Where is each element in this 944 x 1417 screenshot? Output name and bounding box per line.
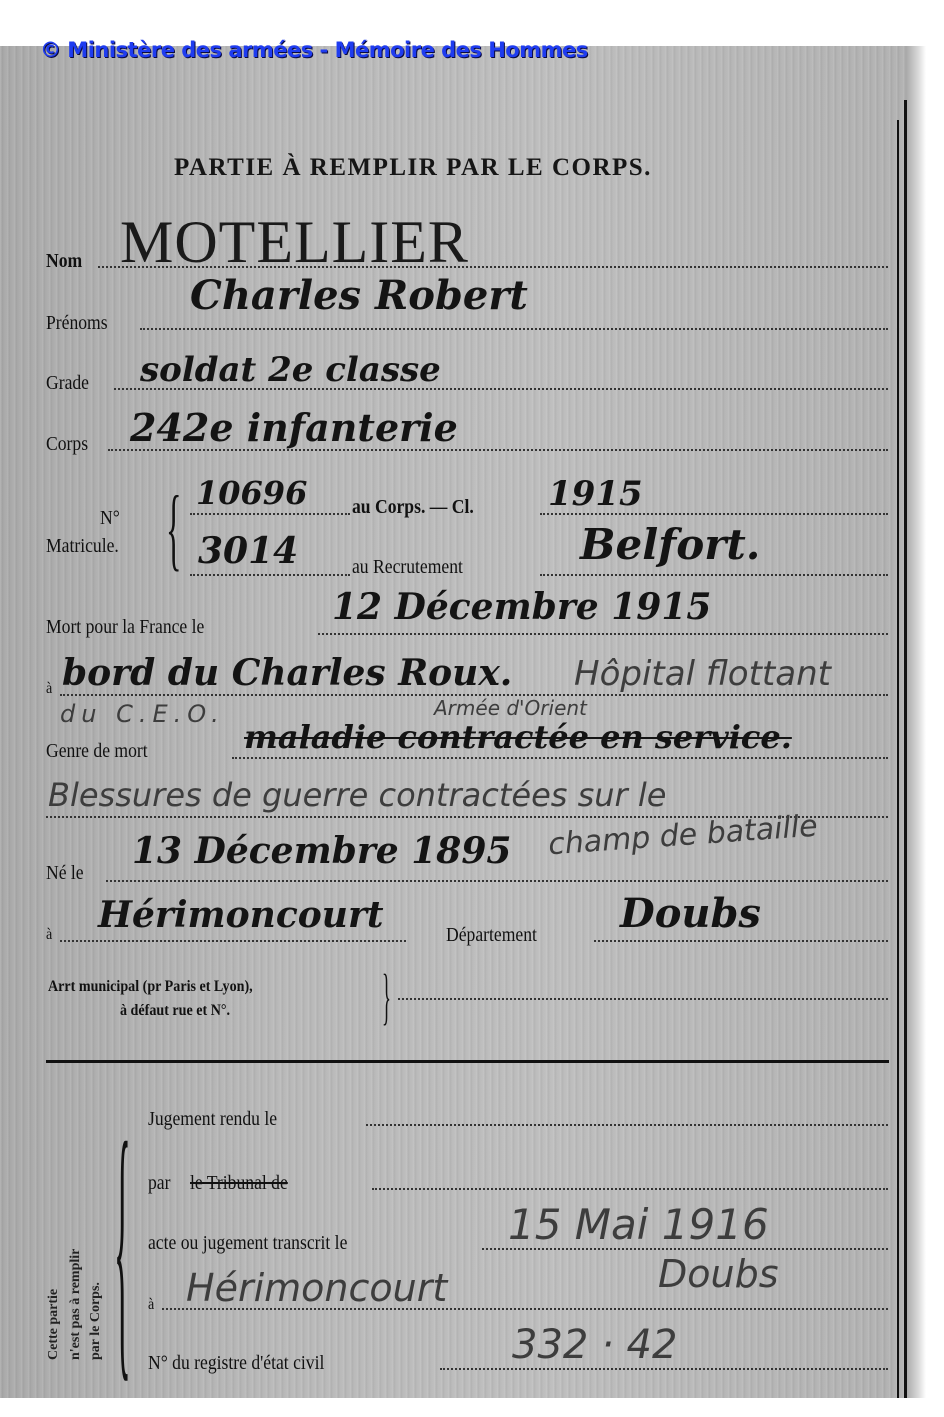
corps-value: 242e infanterie xyxy=(130,405,458,450)
transcrit-a-departement: Doubs xyxy=(658,1252,779,1296)
tribunal-label-prefix: par xyxy=(148,1172,170,1195)
mort-le-line xyxy=(318,633,888,635)
departement-line xyxy=(594,940,888,942)
registre-label: N° du registre d'état civil xyxy=(148,1352,324,1375)
classe-line xyxy=(540,513,888,515)
nom-value: MOTELLIER xyxy=(120,208,469,277)
ne-a-line xyxy=(60,940,406,942)
paper-edge xyxy=(906,46,926,1398)
prenoms-label: Prénoms xyxy=(46,312,108,335)
transcrit-le-value: 15 Mai 1916 xyxy=(508,1200,769,1249)
matricule-no-label: N° xyxy=(100,507,120,530)
mort-a-pencil-line2: du C.E.O. xyxy=(60,700,225,728)
tribunal-label-struck: le Tribunal de xyxy=(190,1172,288,1195)
right-border-line-inner xyxy=(897,120,899,1398)
prenoms-value: Charles Robert xyxy=(190,272,528,319)
arrondissement-brace: } xyxy=(382,966,391,1028)
side-note-line1: Cette partie xyxy=(46,1289,62,1360)
arrondissement-label-line2: à défaut rue et N°. xyxy=(120,1002,230,1020)
jugement-brace: { xyxy=(114,1100,131,1390)
corps-label: Corps xyxy=(46,433,88,456)
departement-value: Doubs xyxy=(620,890,761,937)
mort-le-value: 12 Décembre 1915 xyxy=(332,586,711,628)
ne-le-value: 13 Décembre 1895 xyxy=(132,830,511,872)
recrutement-place-value: Belfort. xyxy=(580,520,760,569)
section-divider xyxy=(46,1060,889,1063)
jugement-rendu-line xyxy=(366,1124,888,1126)
au-recrutement-label: au Recrutement xyxy=(352,556,463,579)
grade-value: soldat 2e classe xyxy=(140,350,441,390)
transcrit-a-value: Hérimoncourt xyxy=(186,1266,447,1310)
ne-a-label: à xyxy=(46,926,52,944)
arrondissement-label-line1: Arrt municipal (pr Paris et Lyon), xyxy=(48,978,253,996)
ne-le-line xyxy=(106,880,888,882)
copyright-watermark: © Ministère des armées - Mémoire des Hom… xyxy=(40,38,588,62)
ne-a-value: Hérimoncourt xyxy=(98,894,384,936)
au-corps-label: au Corps. — Cl. xyxy=(352,496,474,519)
matricule-recrutement-number: 3014 xyxy=(198,530,298,572)
classe-value: 1915 xyxy=(548,474,643,514)
matricule-corps-line xyxy=(190,513,350,515)
genre-de-mort-value: maladie contractée en service. xyxy=(244,718,792,756)
transcrit-a-label: à xyxy=(148,1296,154,1314)
side-note-line3: par le Corps. xyxy=(88,1282,104,1360)
mort-le-label: Mort pour la France le xyxy=(46,616,204,639)
arrondissement-line xyxy=(398,998,888,1000)
matricule-brace: { xyxy=(166,482,181,574)
side-note-line2: n'est pas à remplir xyxy=(68,1249,84,1360)
mort-a-label: à xyxy=(46,680,52,698)
tribunal-line xyxy=(372,1188,888,1190)
form-title: PARTIE À REMPLIR PAR LE CORPS. xyxy=(174,154,652,182)
registre-value: 332 · 42 xyxy=(512,1322,677,1368)
matricule-recrutement-line xyxy=(190,574,350,576)
recrutement-place-line xyxy=(540,574,888,576)
departement-label: Département xyxy=(446,924,537,947)
matricule-label: Matricule. xyxy=(46,535,119,558)
mort-a-pencil-line2b: Armée d'Orient xyxy=(434,696,587,720)
nom-label: Nom xyxy=(46,250,82,273)
registre-line xyxy=(440,1368,888,1370)
mort-a-pencil-addition: Hôpital flottant xyxy=(574,654,831,694)
genre-de-mort-pencil-correction: Blessures de guerre contractées sur le xyxy=(48,776,666,814)
mort-a-value: bord du Charles Roux. xyxy=(62,652,512,694)
right-border-line-outer xyxy=(904,100,907,1398)
genre-de-mort-label: Genre de mort xyxy=(46,740,148,763)
transcrit-le-label: acte ou jugement transcrit le xyxy=(148,1232,347,1255)
grade-label: Grade xyxy=(46,372,89,395)
prenoms-line xyxy=(140,328,888,330)
jugement-rendu-label: Jugement rendu le xyxy=(148,1108,277,1131)
ne-le-label: Né le xyxy=(46,862,84,885)
matricule-corps-number: 10696 xyxy=(196,474,307,512)
genre-de-mort-line xyxy=(232,757,888,759)
